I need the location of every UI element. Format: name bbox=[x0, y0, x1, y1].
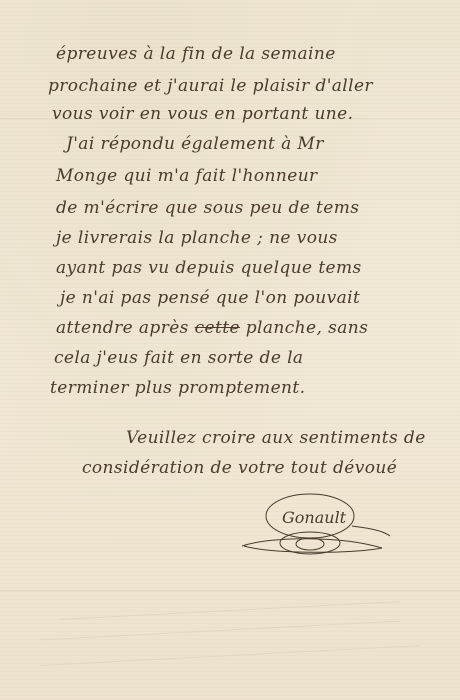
ink-bleed-through bbox=[40, 621, 400, 641]
letter-line: épreuves à la fin de la semaine bbox=[56, 44, 336, 64]
letter-line: J'ai répondu également à Mr bbox=[66, 134, 324, 154]
signature-flourish-icon bbox=[232, 488, 392, 573]
letter-text: attendre après bbox=[56, 318, 195, 338]
letter-page: épreuves à la fin de la semaine prochain… bbox=[0, 0, 460, 700]
letter-line: Monge qui m'a fait l'honneur bbox=[56, 166, 318, 186]
ink-bleed-through bbox=[40, 645, 420, 666]
signature: Gonault bbox=[232, 488, 382, 568]
signature-name: Gonault bbox=[282, 508, 346, 527]
ink-bleed-through bbox=[60, 601, 400, 620]
struck-word: cette bbox=[195, 318, 240, 338]
closing-line: considération de votre tout dévoué bbox=[82, 458, 397, 478]
letter-text: planche, sans bbox=[240, 318, 368, 338]
letter-line: attendre après cette planche, sans bbox=[56, 318, 368, 338]
letter-line: ayant pas vu depuis quelque tems bbox=[56, 258, 362, 278]
letter-line: vous voir en vous en portant une. bbox=[52, 104, 353, 124]
letter-line: cela j'eus fait en sorte de la bbox=[54, 348, 303, 368]
letter-line: je livrerais la planche ; ne vous bbox=[56, 228, 338, 248]
letter-line: de m'écrire que sous peu de tems bbox=[56, 198, 359, 218]
letter-line: prochaine et j'aurai le plaisir d'aller bbox=[48, 76, 373, 96]
closing-line: Veuillez croire aux sentiments de bbox=[126, 428, 426, 448]
paper-crease bbox=[0, 590, 460, 591]
letter-line: je n'ai pas pensé que l'on pouvait bbox=[60, 288, 360, 308]
letter-line: terminer plus promptement. bbox=[50, 378, 305, 398]
